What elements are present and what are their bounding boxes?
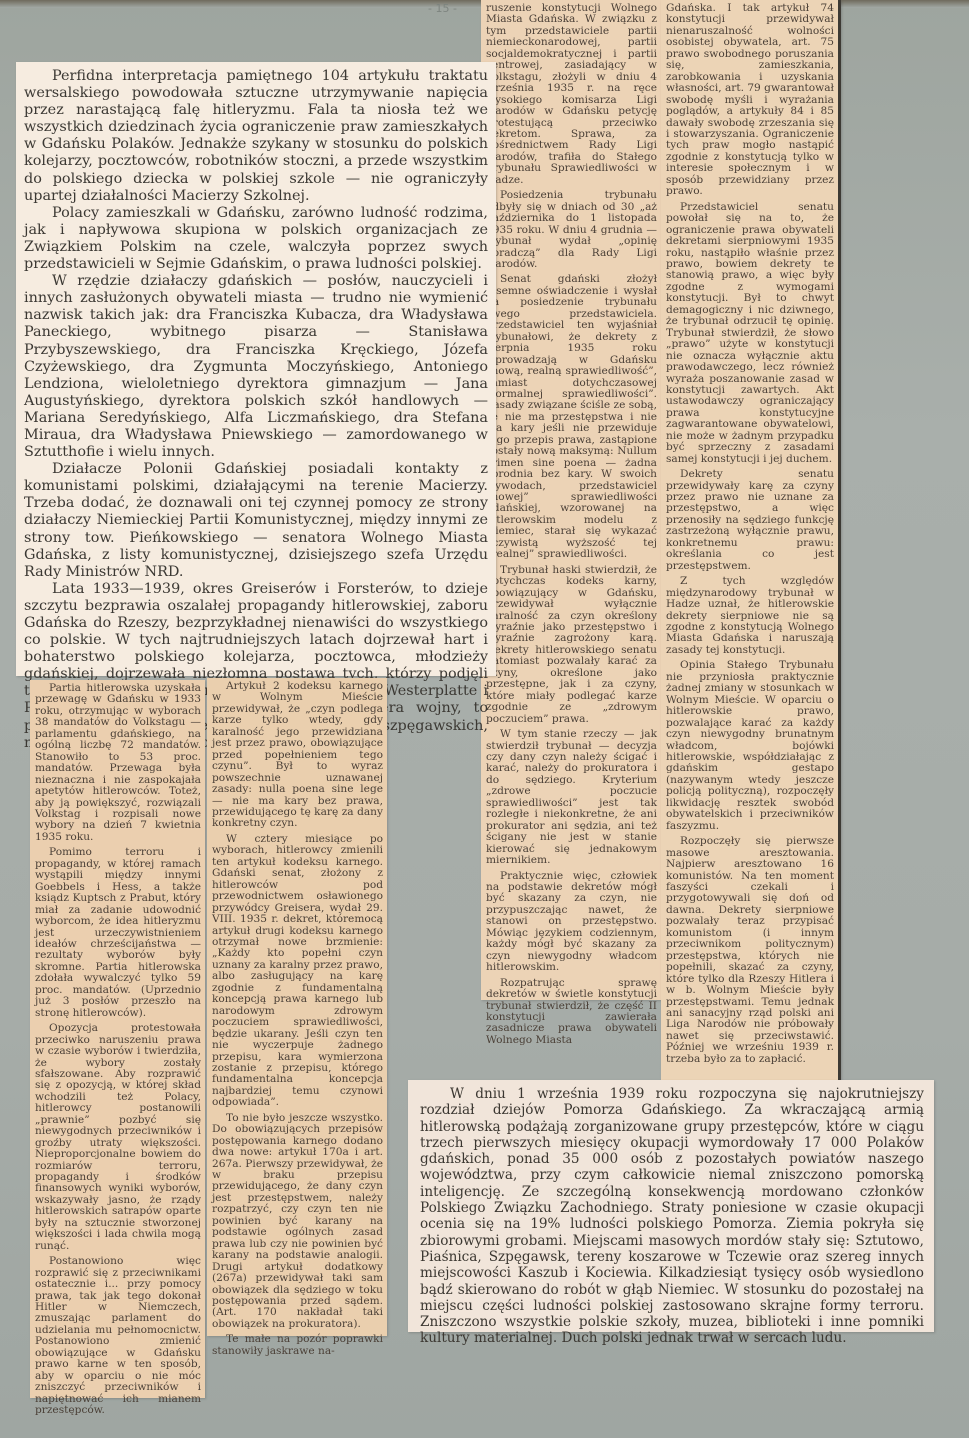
paragraph: Opozycja protestowała przeciwko naruszen… [35, 1023, 201, 1252]
paragraph: Przedstawiciel senatu powołał się na to,… [666, 202, 834, 465]
paragraph: W tym stanie rzeczy — jak stwierdził try… [486, 729, 657, 866]
paragraph: Z tych względów międzynarodowy trybunał … [666, 576, 834, 656]
paragraph: Postanowiono więc rozprawić się z przeci… [35, 1256, 201, 1416]
paragraph: Opinia Stałego Trybunału nie przyniosła … [666, 660, 834, 832]
paragraph: Gdańska. I tak artykuł 74 konstytucji pr… [666, 3, 834, 198]
clipping-column-nazi-party: Partia hitlerowska uzyskała przewagę w G… [30, 680, 205, 1398]
paragraph: Praktycznie więc, człowiek na podstawie … [486, 871, 657, 974]
paragraph: W cztery miesiące po wyborach, hitlerowc… [212, 834, 383, 1109]
paragraph: Pomimo terroru i propagandy, w której ra… [35, 847, 201, 1019]
paragraph: Trybunał haski stwierdził, że dotychczas… [486, 565, 657, 725]
paragraph: W rzędzie działaczy gdańskich — posłów, … [24, 273, 488, 461]
paragraph: Te małe na pozór poprawki stanowiły jask… [212, 1334, 383, 1357]
clipping-column-hague-tribunal: ruszenie konstytucji Wolnego Miasta Gdań… [481, 0, 661, 1000]
page-number-mark: - 15 - [428, 2, 457, 15]
paragraph: Rozpatrując sprawę dekretów w świetle ko… [486, 978, 657, 1047]
paragraph: To nie było jeszcze wszystko. Do obowiąz… [212, 1113, 383, 1331]
paragraph: Partia hitlerowska uzyskała przewagę w G… [35, 683, 201, 843]
paragraph: W dniu 1 września 1939 roku rozpoczyna s… [420, 1086, 924, 1347]
paragraph: Rozpoczęły się pierwsze masowe aresztowa… [666, 836, 834, 1065]
paragraph: Artykuł 2 kodeksu karnego w Wolnym Mieśc… [212, 681, 383, 830]
paragraph: Posiedzenia trybunału odbyły się w dniac… [486, 190, 657, 270]
paragraph: Senat gdański złożył pisemne oświadczeni… [486, 274, 657, 560]
paragraph: Perfidna interpretacja pamiętnego 104 ar… [24, 68, 488, 205]
paragraph: ruszenie konstytucji Wolnego Miasta Gdań… [486, 3, 657, 186]
clipping-column-penal-code: Artykuł 2 kodeksu karnego w Wolnym Mieśc… [207, 678, 387, 1336]
paragraph: Dekrety senatu przewidywały karę za czyn… [666, 469, 834, 572]
clipping-main-article: Perfidna interpretacja pamiętnego 104 ar… [16, 62, 496, 676]
clipping-september-1939: W dniu 1 września 1939 roku rozpoczyna s… [408, 1080, 934, 1332]
paragraph: Polacy zamieszkali w Gdańsku, zarówno lu… [24, 205, 488, 273]
paragraph: Działacze Polonii Gdańskiej posiadali ko… [24, 461, 488, 581]
clipping-column-constitution: Gdańska. I tak artykuł 74 konstytucji pr… [661, 0, 841, 1098]
